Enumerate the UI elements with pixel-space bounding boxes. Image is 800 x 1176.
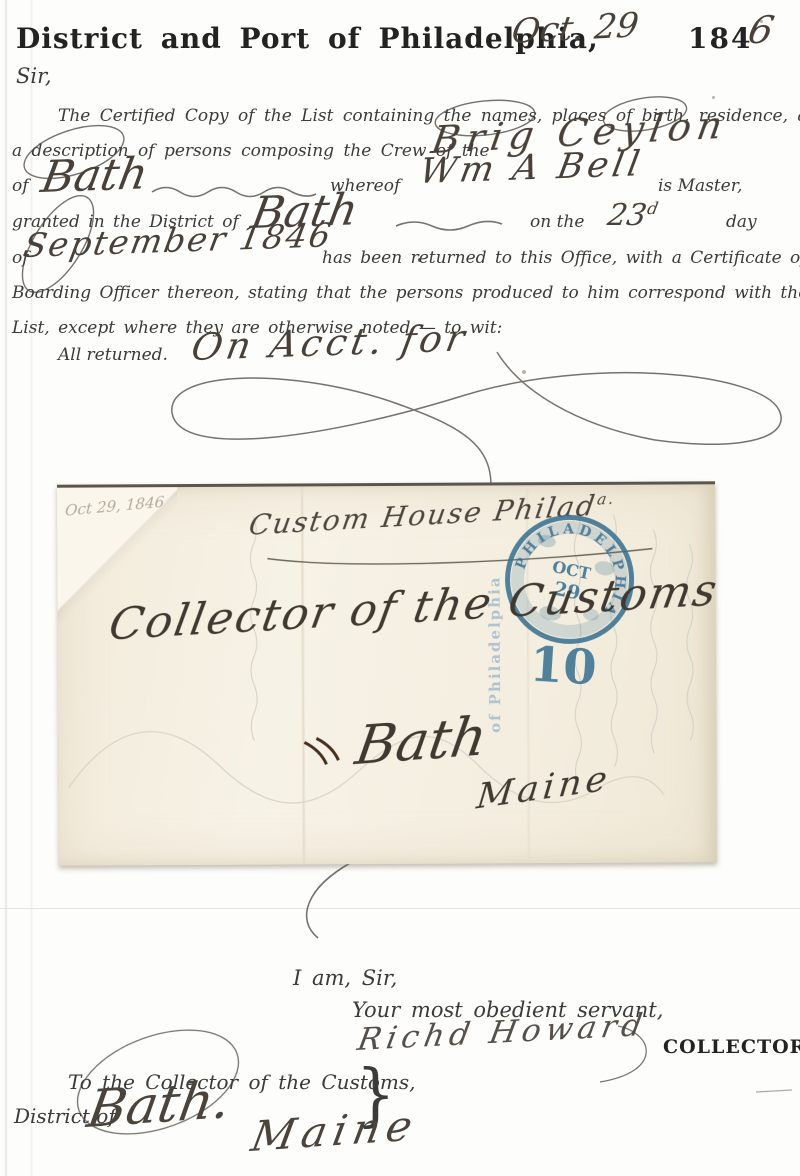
postage-rate: 10: [528, 636, 598, 696]
folded-letter: Oct 29, 1846 Custom House Philada. PHILA…: [57, 481, 717, 865]
document-scan: District and Port of Philadelphia, Oct. …: [0, 0, 800, 1176]
tick-mark: [296, 734, 346, 774]
address-port: Bath: [351, 705, 491, 778]
